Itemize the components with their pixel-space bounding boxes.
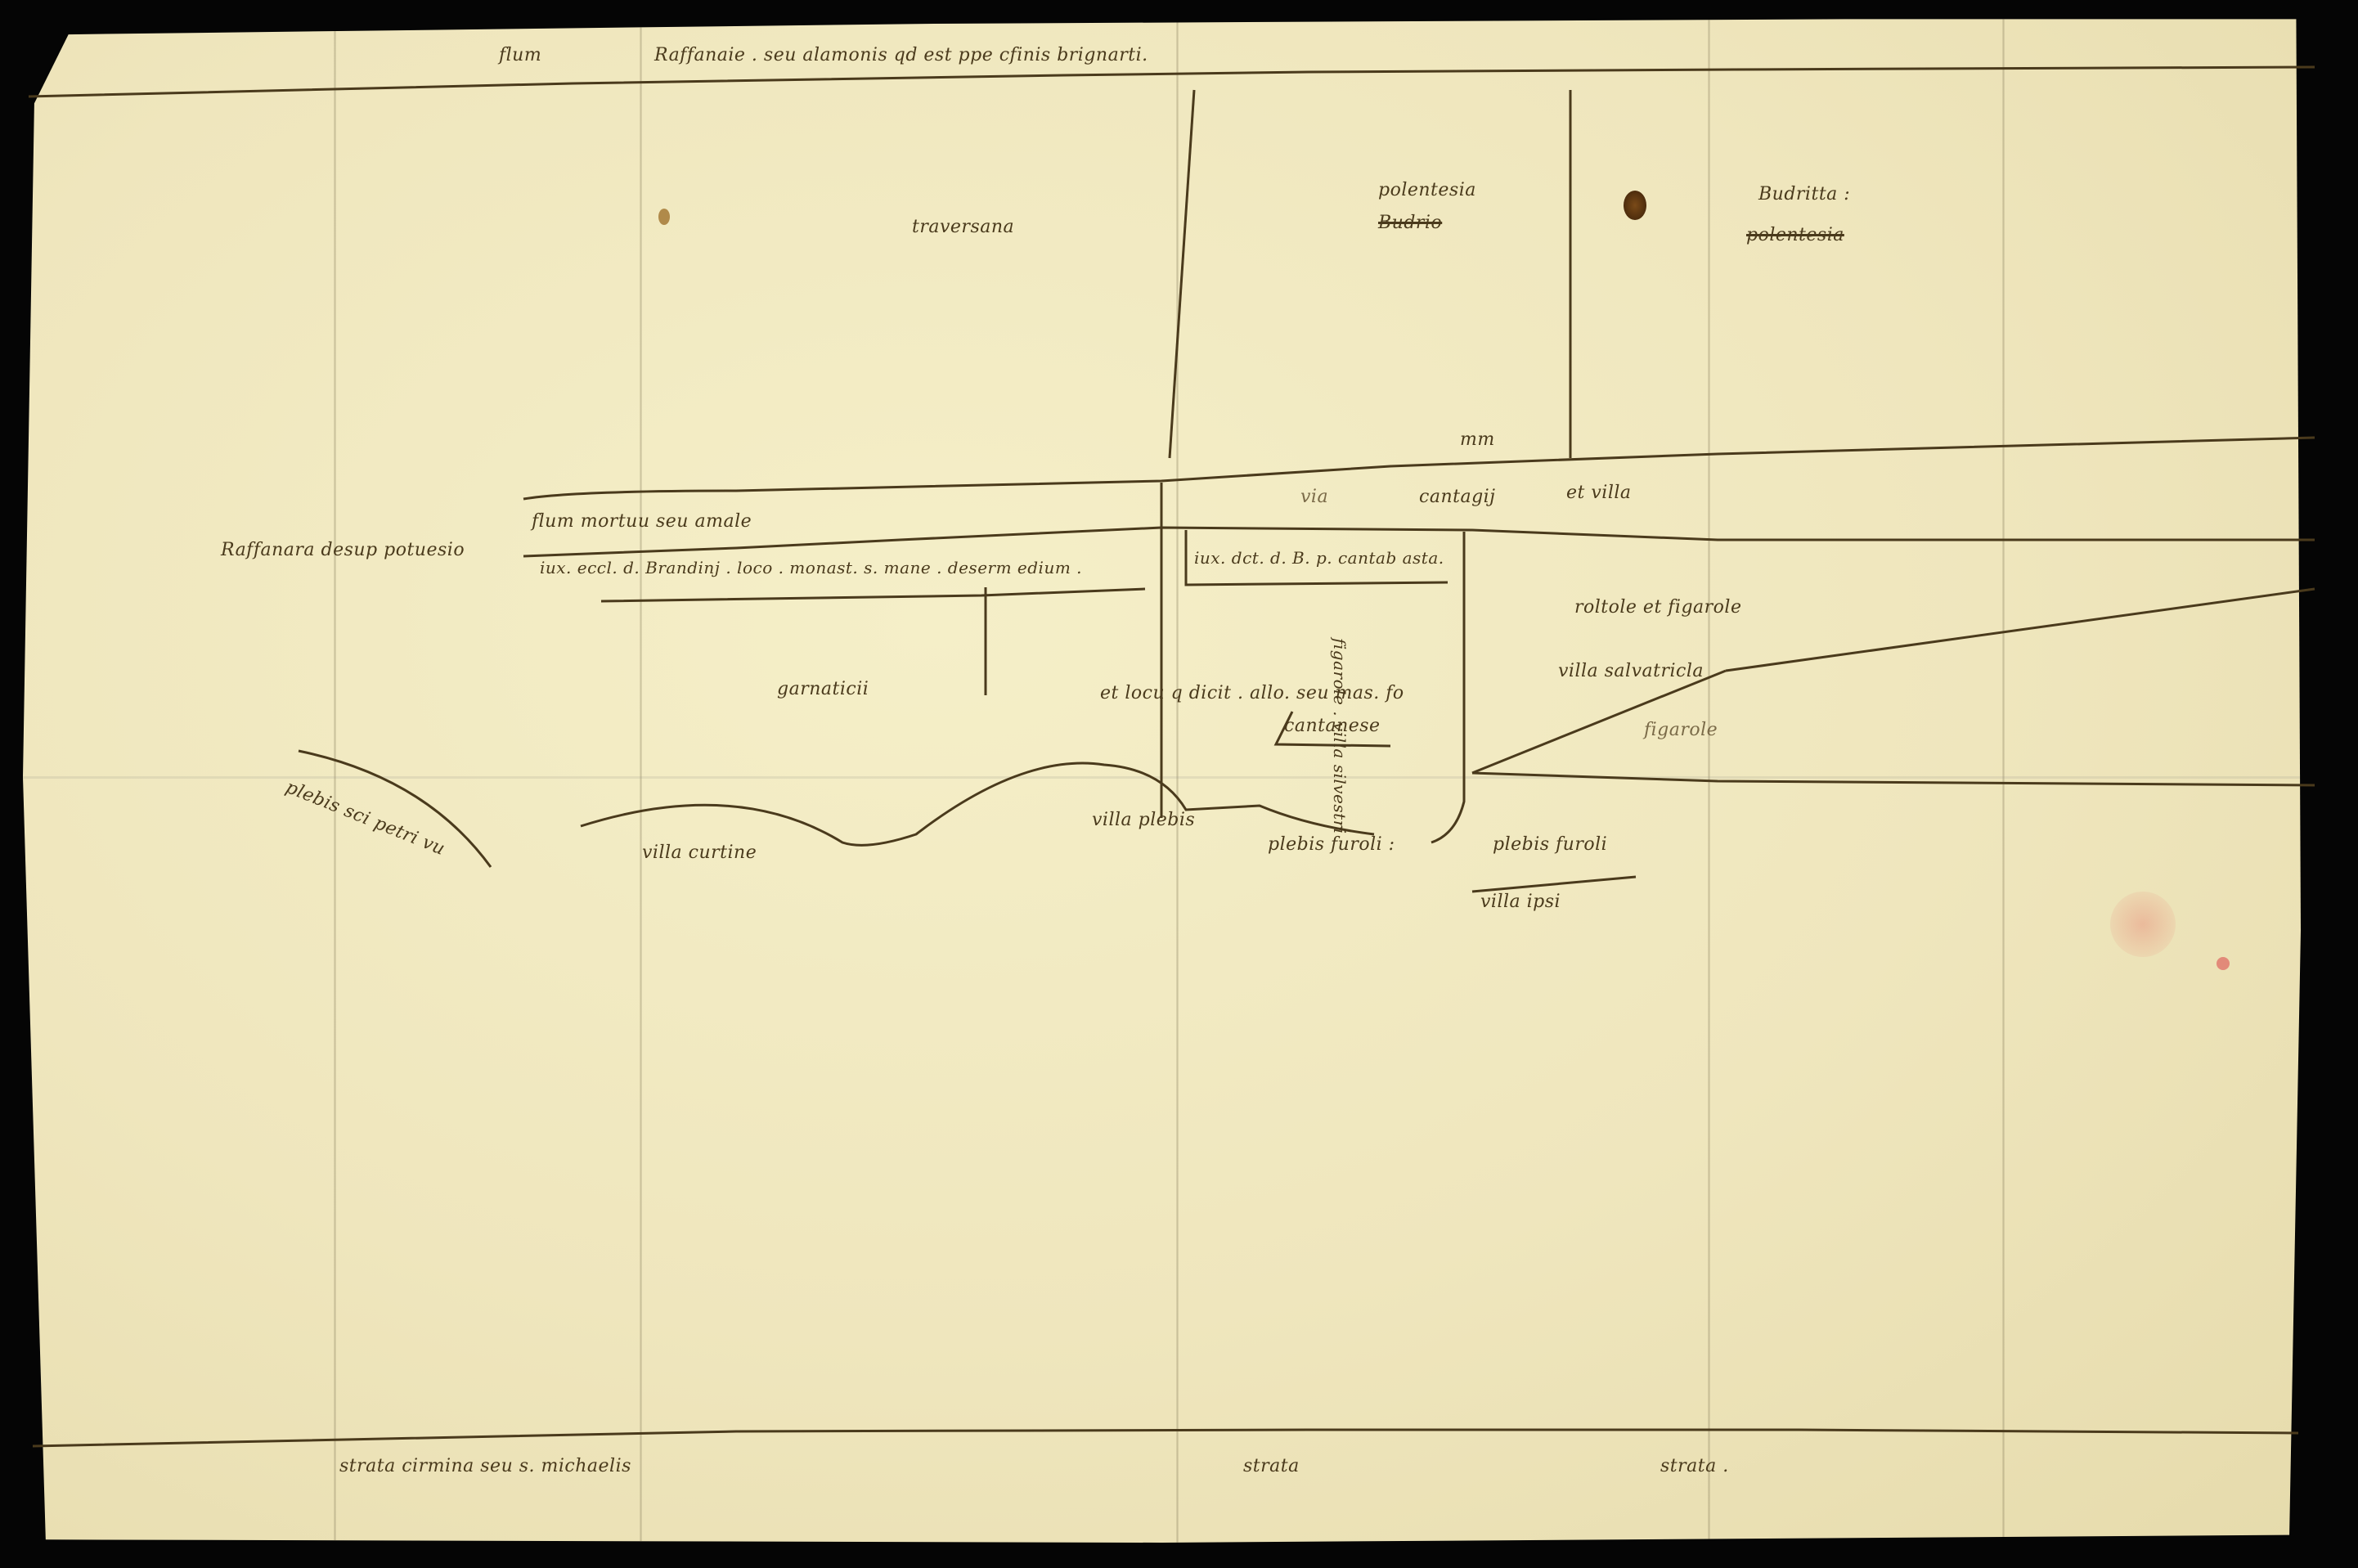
label-struck-polentesia: polentesia [1746, 225, 1844, 245]
fold-line-horizontal [23, 776, 2301, 779]
label-struck-budrio: Budrio [1378, 213, 1442, 233]
label-strata-right: strata . [1660, 1456, 1729, 1476]
label-villa-curtine: villa curtine [642, 842, 757, 863]
label-traversana: traversana [912, 217, 1014, 237]
burn-hole [1624, 191, 1646, 220]
label-raffanara-desup: Raffanara desup potuesio [221, 540, 465, 560]
label-strata-cirmina: strata cirmina seu s. michaelis [339, 1456, 631, 1476]
label-via: via [1300, 487, 1328, 507]
ink-stain [658, 209, 670, 225]
label-plebis-furoli: plebis furoli : [1268, 834, 1395, 855]
label-villa-plebis: villa plebis [1092, 810, 1195, 830]
label-villa-salvatricla: villa salvatricla [1558, 661, 1704, 681]
label-locus: et locu q dicit . allo. seu mas. fo [1100, 683, 1404, 703]
label-plebis-furoli-right: plebis furoli [1493, 834, 1607, 855]
label-flum: flum [499, 45, 541, 65]
label-villa-ipsi: villa ipsi [1480, 892, 1561, 912]
label-et-villa: et villa [1566, 483, 1632, 503]
label-marks: mm [1460, 429, 1495, 450]
label-box1: iux. eccl. d. Brandinj . loco . monast. … [540, 558, 1082, 577]
manuscript-sheet [23, 11, 2301, 1543]
label-roltole: roltole et figarole [1574, 597, 1741, 618]
label-budrio: Budritta : [1758, 184, 1850, 204]
label-polentesia: polentesia [1378, 180, 1476, 200]
label-river-raffanara: Raffanaie . seu alamonis qd est ppe cfin… [654, 45, 1148, 65]
label-cantanese: cantanese [1284, 716, 1381, 736]
label-flumen-mortuum: flum mortuu seu amale [532, 511, 752, 532]
label-garnaticii: garnaticii [777, 679, 869, 699]
label-box2: iux. dct. d. B. p. cantab asta. [1194, 548, 1444, 568]
red-stain [2217, 957, 2230, 970]
label-strata: strata [1243, 1456, 1300, 1476]
label-cantagij: cantagij [1419, 487, 1496, 507]
red-stain [2110, 892, 2176, 957]
label-figarole: figarole [1644, 720, 1718, 740]
